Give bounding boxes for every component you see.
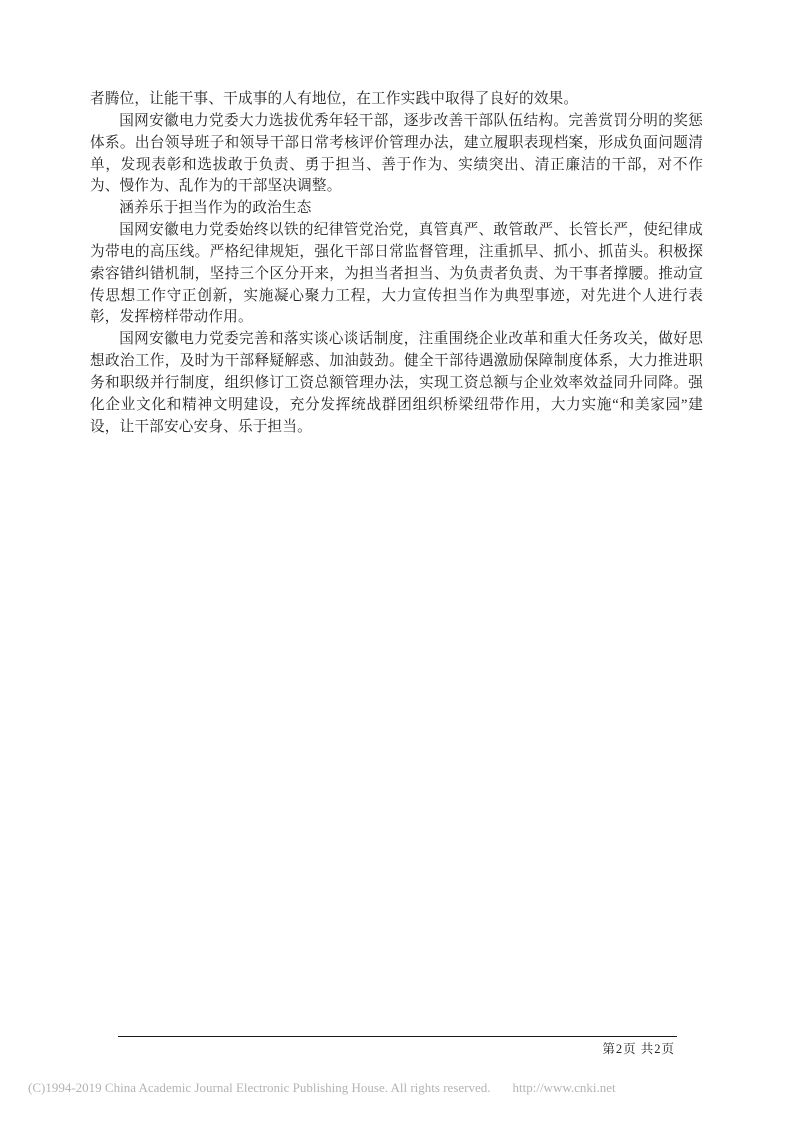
copyright-text: (C)1994-2019 China Academic Journal Elec… [28,1080,491,1095]
section-subheading: 涵养乐于担当作为的政治生态 [90,198,703,220]
document-page: 者腾位，让能干事、干成事的人有地位，在工作实践中取得了良好的效果。 国网安徽电力… [0,0,793,1122]
copyright-notice: (C)1994-2019 China Academic Journal Elec… [28,1079,616,1096]
paragraph-care-system: 国网安徽电力党委完善和落实谈心谈话制度，注重围绕企业改革和重大任务攻关，做好思想… [90,329,703,438]
article-body: 者腾位，让能干事、干成事的人有地位，在工作实践中取得了良好的效果。 国网安徽电力… [90,89,703,439]
paragraph-continuation: 者腾位，让能干事、干成事的人有地位，在工作实践中取得了良好的效果。 [90,89,703,111]
footer-divider [118,1036,677,1037]
page-number-indicator: 第2页 共2页 [118,1040,675,1058]
paragraph-cadre-selection: 国网安徽电力党委大力选拔优秀年轻干部，逐步改善干部队伍结构。完善赏罚分明的奖惩体… [90,111,703,198]
paragraph-discipline: 国网安徽电力党委始终以铁的纪律管党治党，真管真严、敢管敢严、长管长严，使纪律成为… [90,220,703,329]
cnki-url: http://www.cnki.net [513,1080,616,1095]
